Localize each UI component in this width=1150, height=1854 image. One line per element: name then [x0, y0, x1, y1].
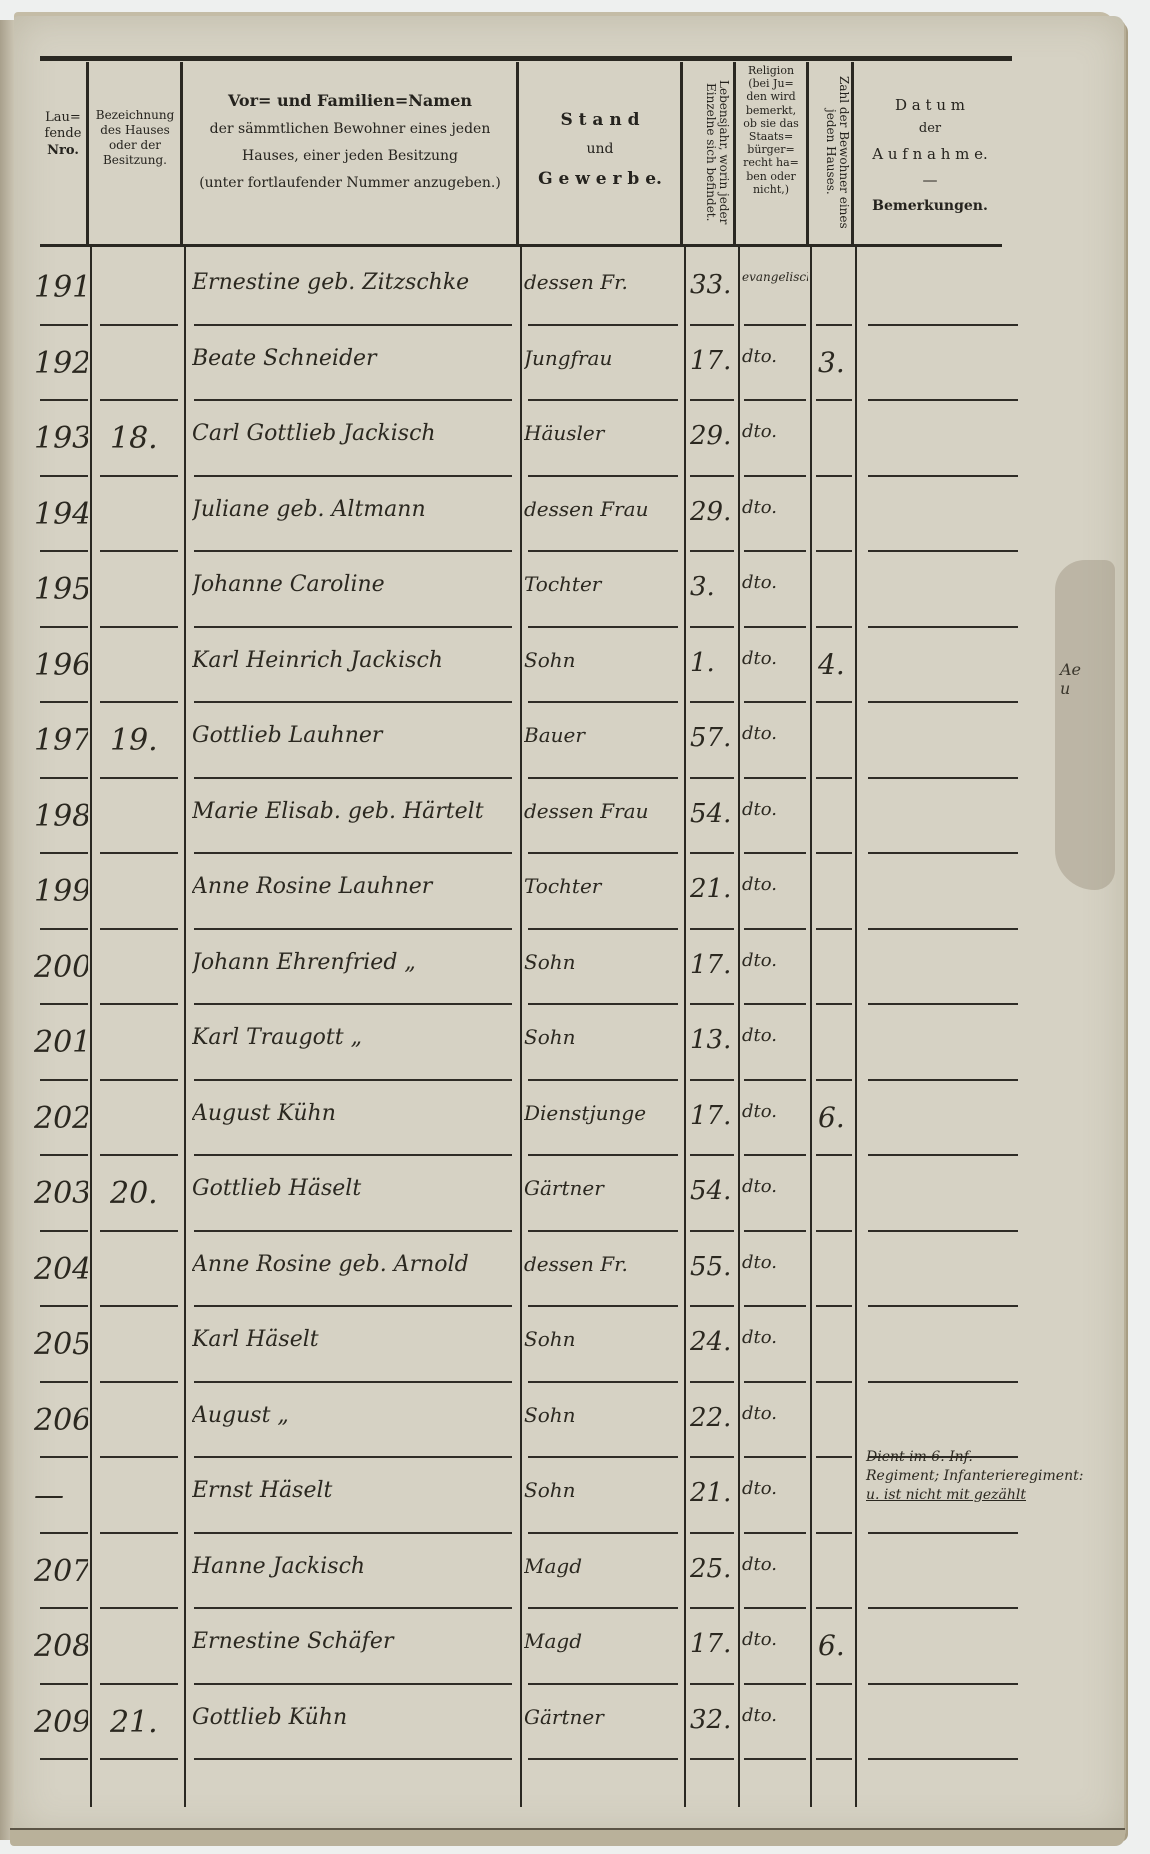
cell-religion: evangelisch	[742, 270, 808, 284]
cell-nro: 204.	[34, 1252, 88, 1287]
row-divider	[816, 1381, 852, 1383]
header-text: der sämmtlichen Bewohner eines jeden	[184, 116, 516, 143]
cell-religion: dto.	[742, 950, 808, 971]
cell-name: Johanne Caroline	[192, 572, 518, 597]
cell-name: Karl Heinrich Jackisch	[192, 648, 518, 673]
header-text: fende	[40, 126, 86, 142]
row-divider	[40, 928, 88, 930]
cell-nro: 198.	[34, 799, 88, 834]
cell-age: 22.	[690, 1403, 736, 1433]
row-divider	[868, 399, 1018, 401]
cell-age: 13.	[690, 1025, 736, 1055]
cell-nro: 194.	[34, 497, 88, 532]
cell-stand: Dienstjunge	[524, 1101, 682, 1125]
row-divider	[40, 1230, 88, 1232]
row-divider	[194, 1532, 512, 1534]
row-divider	[528, 399, 678, 401]
cell-religion: dto.	[742, 648, 808, 669]
row-divider	[868, 1154, 1018, 1156]
cell-religion: dto.	[742, 1629, 808, 1650]
row-divider	[816, 324, 852, 326]
row-divider	[744, 777, 806, 779]
row-divider	[194, 1079, 512, 1081]
cell-nro: 192.	[34, 346, 88, 381]
cell-name: Johann Ehrenfried „	[192, 950, 518, 975]
row-divider	[528, 1607, 678, 1609]
header-house: Bezeichnung des Hauses oder der Besitzun…	[89, 108, 181, 168]
cell-stand: Tochter	[524, 874, 682, 898]
row-divider	[744, 1758, 806, 1760]
cell-nro: 208.	[34, 1629, 88, 1664]
row-divider	[528, 1003, 678, 1005]
row-divider	[100, 1230, 178, 1232]
row-divider	[816, 928, 852, 930]
row-divider	[868, 1607, 1018, 1609]
row-divider	[194, 1305, 512, 1307]
row-divider	[40, 1607, 88, 1609]
row-divider	[690, 1154, 734, 1156]
header-religion: Religion (bei Ju= den wird bemerkt, ob s…	[737, 64, 805, 196]
row-divider	[744, 1305, 806, 1307]
cell-religion: dto.	[742, 1025, 808, 1046]
row-divider	[100, 1381, 178, 1383]
row-divider	[528, 928, 678, 930]
row-divider	[528, 701, 678, 703]
row-divider	[528, 1758, 678, 1760]
header-text: G e w e r b e.	[520, 163, 680, 195]
cell-religion: dto.	[742, 1252, 808, 1273]
cell-religion: dto.	[742, 1705, 808, 1726]
row-divider	[744, 399, 806, 401]
cell-house: 18.	[110, 421, 182, 456]
row-divider	[868, 1230, 1018, 1232]
row-divider	[744, 1154, 806, 1156]
row-divider	[194, 1230, 512, 1232]
row-divider	[194, 852, 512, 854]
row-divider	[744, 550, 806, 552]
header-text: —	[855, 167, 1005, 193]
cell-age: 33.	[690, 270, 736, 300]
cell-count: 6.	[818, 1629, 854, 1662]
header-text: (unter fortlaufender Nummer anzugeben.)	[184, 170, 516, 197]
cell-nro: 193.	[34, 421, 88, 456]
row-divider	[816, 852, 852, 854]
cell-age: 17.	[690, 1629, 736, 1659]
row-divider	[690, 1456, 734, 1458]
margin-note-line: u	[1060, 679, 1081, 698]
cell-age: 57.	[690, 723, 736, 753]
row-divider	[868, 475, 1018, 477]
row-divider	[868, 852, 1018, 854]
row-divider	[100, 701, 178, 703]
header-text: nicht,)	[737, 183, 805, 196]
header-text: Bezeichnung	[89, 108, 181, 123]
col-divider	[680, 62, 683, 244]
row-divider	[194, 399, 512, 401]
cell-nro: 203.	[34, 1176, 88, 1211]
row-divider	[816, 1079, 852, 1081]
row-divider	[40, 475, 88, 477]
cell-religion: dto.	[742, 1554, 808, 1575]
header-text: bemerkt,	[737, 104, 805, 117]
row-divider	[40, 1003, 88, 1005]
row-divider	[40, 701, 88, 703]
cell-name: Karl Traugott „	[192, 1025, 518, 1050]
row-divider	[690, 1607, 734, 1609]
row-divider	[100, 1607, 178, 1609]
row-divider	[744, 1003, 806, 1005]
header-text: Religion	[737, 64, 805, 77]
col-divider	[520, 247, 522, 1807]
row-divider	[528, 324, 678, 326]
cell-religion: dto.	[742, 346, 808, 367]
row-divider	[816, 1003, 852, 1005]
cell-nro: 206.	[34, 1403, 88, 1438]
row-divider	[528, 1381, 678, 1383]
header-text: S t a n d	[520, 104, 680, 136]
cell-religion: dto.	[742, 421, 808, 442]
row-divider	[868, 1683, 1018, 1685]
header-text: und	[520, 136, 680, 163]
row-divider	[690, 928, 734, 930]
row-divider	[868, 1532, 1018, 1534]
cell-name: Gottlieb Häselt	[192, 1176, 518, 1201]
row-divider	[868, 701, 1018, 703]
row-divider	[816, 399, 852, 401]
row-divider	[194, 626, 512, 628]
cell-nro: 199.	[34, 874, 88, 909]
row-divider	[40, 1758, 88, 1760]
header-text: Bemerkungen.	[855, 194, 1005, 219]
col-divider	[733, 62, 736, 244]
row-divider	[40, 1456, 88, 1458]
row-divider	[744, 1230, 806, 1232]
row-divider	[100, 475, 178, 477]
row-divider	[868, 928, 1018, 930]
row-divider	[744, 1381, 806, 1383]
cell-nro: 202.	[34, 1101, 88, 1136]
row-divider	[194, 1154, 512, 1156]
row-divider	[40, 777, 88, 779]
row-divider	[528, 1532, 678, 1534]
cell-age: 25.	[690, 1554, 736, 1584]
cell-name: Karl Häselt	[192, 1327, 518, 1352]
cell-religion: dto.	[742, 799, 808, 820]
cell-age: 24.	[690, 1327, 736, 1357]
row-divider	[744, 1683, 806, 1685]
row-divider	[816, 777, 852, 779]
header-text: recht ha=	[737, 156, 805, 169]
row-divider	[40, 1079, 88, 1081]
row-divider	[194, 928, 512, 930]
cell-stand: Gärtner	[524, 1705, 682, 1729]
row-divider	[690, 626, 734, 628]
row-divider	[40, 1532, 88, 1534]
header-text: ben oder	[737, 170, 805, 183]
row-divider	[100, 1154, 178, 1156]
remark-line: Dient im 6. Inf.	[866, 1448, 1096, 1467]
row-divider	[744, 324, 806, 326]
header-text: den wird	[737, 90, 805, 103]
cell-age: 21.	[690, 874, 736, 904]
row-divider	[40, 1683, 88, 1685]
row-divider	[100, 1003, 178, 1005]
cell-name: Marie Elisab. geb. Härtelt	[192, 799, 518, 824]
paper-damage	[1055, 560, 1115, 890]
row-divider	[744, 1456, 806, 1458]
row-divider	[868, 550, 1018, 552]
col-divider	[855, 247, 857, 1807]
row-divider	[100, 928, 178, 930]
header-text: (bei Ju=	[737, 77, 805, 90]
row-divider	[528, 626, 678, 628]
row-divider	[194, 1381, 512, 1383]
cell-nro: 196.	[34, 648, 88, 683]
row-divider	[690, 1532, 734, 1534]
cell-religion: dto.	[742, 1327, 808, 1348]
row-divider	[816, 1758, 852, 1760]
row-divider	[528, 1154, 678, 1156]
row-divider	[690, 1683, 734, 1685]
row-divider	[100, 1079, 178, 1081]
cell-count: 6.	[818, 1101, 854, 1134]
col-divider	[810, 247, 812, 1807]
row-divider	[744, 475, 806, 477]
header-text: bürger=	[737, 143, 805, 156]
cell-religion: dto.	[742, 723, 808, 744]
cell-name: Gottlieb Lauhner	[192, 723, 518, 748]
cell-house: 19.	[110, 723, 182, 758]
cell-nro: 201.	[34, 1025, 88, 1060]
row-divider	[194, 1607, 512, 1609]
col-divider	[90, 247, 92, 1807]
header-text: D a t u m	[855, 92, 1005, 118]
cell-name: August Kühn	[192, 1101, 518, 1126]
header-title: Vor= und Familien=Namen	[184, 86, 516, 116]
cell-age: 17.	[690, 346, 736, 376]
row-divider	[528, 1456, 678, 1458]
cell-stand: dessen Fr.	[524, 1252, 682, 1276]
row-divider	[690, 550, 734, 552]
row-divider	[194, 1758, 512, 1760]
remark-line: u. ist nicht mit gezählt	[866, 1486, 1096, 1505]
top-rule	[40, 56, 1012, 61]
cell-age: 54.	[690, 1176, 736, 1206]
row-divider	[194, 475, 512, 477]
row-divider	[744, 626, 806, 628]
cell-nro: 191.	[34, 270, 88, 305]
page-edge-bottom	[10, 1828, 1125, 1846]
row-divider	[816, 1230, 852, 1232]
header-text: des Hauses	[89, 123, 181, 138]
cell-stand: dessen Frau	[524, 497, 682, 521]
cell-nro: —	[34, 1478, 88, 1513]
cell-religion: dto.	[742, 497, 808, 518]
cell-stand: Sohn	[524, 1403, 682, 1427]
cell-name: Hanne Jackisch	[192, 1554, 518, 1579]
cell-nro: 195.	[34, 572, 88, 607]
row-divider	[528, 852, 678, 854]
row-divider	[690, 1758, 734, 1760]
remark-note: Dient im 6. Inf. Regiment; Infanteriereg…	[866, 1448, 1096, 1505]
cell-stand: Sohn	[524, 950, 682, 974]
row-divider	[194, 324, 512, 326]
row-divider	[744, 1532, 806, 1534]
cell-religion: dto.	[742, 874, 808, 895]
row-divider	[868, 777, 1018, 779]
row-divider	[690, 399, 734, 401]
row-divider	[816, 1532, 852, 1534]
cell-stand: Häusler	[524, 421, 682, 445]
header-text: Lau=	[40, 110, 86, 126]
row-divider	[194, 777, 512, 779]
row-divider	[528, 475, 678, 477]
header-text: A u f n a h m e.	[855, 141, 1005, 167]
row-divider	[40, 1305, 88, 1307]
cell-religion: dto.	[742, 572, 808, 593]
cell-age: 3.	[690, 572, 736, 602]
cell-house: 20.	[110, 1176, 182, 1211]
cell-stand: Sohn	[524, 1025, 682, 1049]
cell-name: Beate Schneider	[192, 346, 518, 371]
row-divider	[816, 1607, 852, 1609]
cell-name: August „	[192, 1403, 518, 1428]
header-text: Besitzung.	[89, 153, 181, 168]
row-divider	[194, 1683, 512, 1685]
cell-stand: Gärtner	[524, 1176, 682, 1200]
cell-age: 55.	[690, 1252, 736, 1282]
header-remarks: D a t u m der A u f n a h m e. — Bemerku…	[855, 92, 1005, 218]
cell-nro: 197.	[34, 723, 88, 758]
row-divider	[816, 626, 852, 628]
row-divider	[100, 777, 178, 779]
header-text: ob sie das	[737, 117, 805, 130]
cell-name: Anne Rosine geb. Arnold	[192, 1252, 518, 1277]
cell-stand: Tochter	[524, 572, 682, 596]
row-divider	[528, 1079, 678, 1081]
header-text: oder der	[89, 138, 181, 153]
row-divider	[528, 1230, 678, 1232]
row-divider	[40, 1154, 88, 1156]
cell-religion: dto.	[742, 1176, 808, 1197]
cell-age: 29.	[690, 497, 736, 527]
header-age: Lebensjahr, worin jeder Einzelne sich be…	[686, 66, 730, 238]
row-divider	[816, 1305, 852, 1307]
row-divider	[690, 701, 734, 703]
row-divider	[100, 550, 178, 552]
row-divider	[744, 701, 806, 703]
cell-religion: dto.	[742, 1403, 808, 1424]
row-divider	[690, 852, 734, 854]
cell-age: 17.	[690, 1101, 736, 1131]
cell-age: 29.	[690, 421, 736, 451]
row-divider	[868, 1305, 1018, 1307]
header-count: Zahl der Bewohner eines jeden Hauses.	[810, 66, 850, 238]
cell-stand: dessen Fr.	[524, 270, 682, 294]
row-divider	[868, 1079, 1018, 1081]
row-divider	[816, 1683, 852, 1685]
row-divider	[528, 777, 678, 779]
row-divider	[528, 550, 678, 552]
cell-nro: 209.	[34, 1705, 88, 1740]
row-divider	[194, 550, 512, 552]
header-names: Vor= und Familien=Namen der sämmtlichen …	[184, 86, 516, 196]
cell-name: Anne Rosine Lauhner	[192, 874, 518, 899]
row-divider	[40, 1381, 88, 1383]
row-divider	[40, 852, 88, 854]
row-divider	[40, 626, 88, 628]
row-divider	[528, 1305, 678, 1307]
cell-stand: Jungfrau	[524, 346, 682, 370]
col-divider	[851, 62, 854, 244]
row-divider	[816, 550, 852, 552]
margin-note: Ae u	[1060, 660, 1081, 698]
cell-stand: Bauer	[524, 723, 682, 747]
row-divider	[816, 475, 852, 477]
cell-name: Carl Gottlieb Jackisch	[192, 421, 518, 446]
cell-stand: Magd	[524, 1554, 682, 1578]
cell-religion: dto.	[742, 1478, 808, 1499]
row-divider	[744, 1607, 806, 1609]
row-divider	[40, 399, 88, 401]
row-divider	[868, 1758, 1018, 1760]
cell-stand: Sohn	[524, 1478, 682, 1502]
cell-name: Ernestine Schäfer	[192, 1629, 518, 1654]
row-divider	[194, 701, 512, 703]
row-divider	[690, 777, 734, 779]
cell-stand: dessen Frau	[524, 799, 682, 823]
cell-age: 1.	[690, 648, 736, 678]
cell-house: 21.	[110, 1705, 182, 1740]
cell-stand: Magd	[524, 1629, 682, 1653]
row-divider	[744, 852, 806, 854]
cell-nro: 205.	[34, 1327, 88, 1362]
row-divider	[194, 1003, 512, 1005]
row-divider	[868, 1381, 1018, 1383]
row-divider	[868, 324, 1018, 326]
col-divider	[684, 247, 686, 1807]
header-text: Nro.	[40, 143, 86, 159]
cell-name: Juliane geb. Altmann	[192, 497, 518, 522]
cell-name: Ernst Häselt	[192, 1478, 518, 1503]
cell-nro: 200.	[34, 950, 88, 985]
row-divider	[744, 1079, 806, 1081]
row-divider	[690, 1003, 734, 1005]
col-divider	[184, 247, 186, 1807]
row-divider	[816, 701, 852, 703]
row-divider	[100, 1456, 178, 1458]
cell-age: 32.	[690, 1705, 736, 1735]
cell-count: 3.	[818, 346, 854, 379]
row-divider	[100, 852, 178, 854]
col-divider	[738, 247, 740, 1807]
cell-age: 21.	[690, 1478, 736, 1508]
cell-age: 54.	[690, 799, 736, 829]
row-divider	[100, 1758, 178, 1760]
cell-count: 4.	[818, 648, 854, 681]
row-divider	[690, 475, 734, 477]
margin-note-line: Ae	[1060, 660, 1081, 679]
row-divider	[690, 1305, 734, 1307]
cell-stand: Sohn	[524, 1327, 682, 1351]
header-text: der	[855, 118, 1005, 141]
row-divider	[528, 1683, 678, 1685]
row-divider	[868, 626, 1018, 628]
row-divider	[100, 626, 178, 628]
row-divider	[100, 1305, 178, 1307]
row-divider	[100, 1532, 178, 1534]
row-divider	[40, 550, 88, 552]
